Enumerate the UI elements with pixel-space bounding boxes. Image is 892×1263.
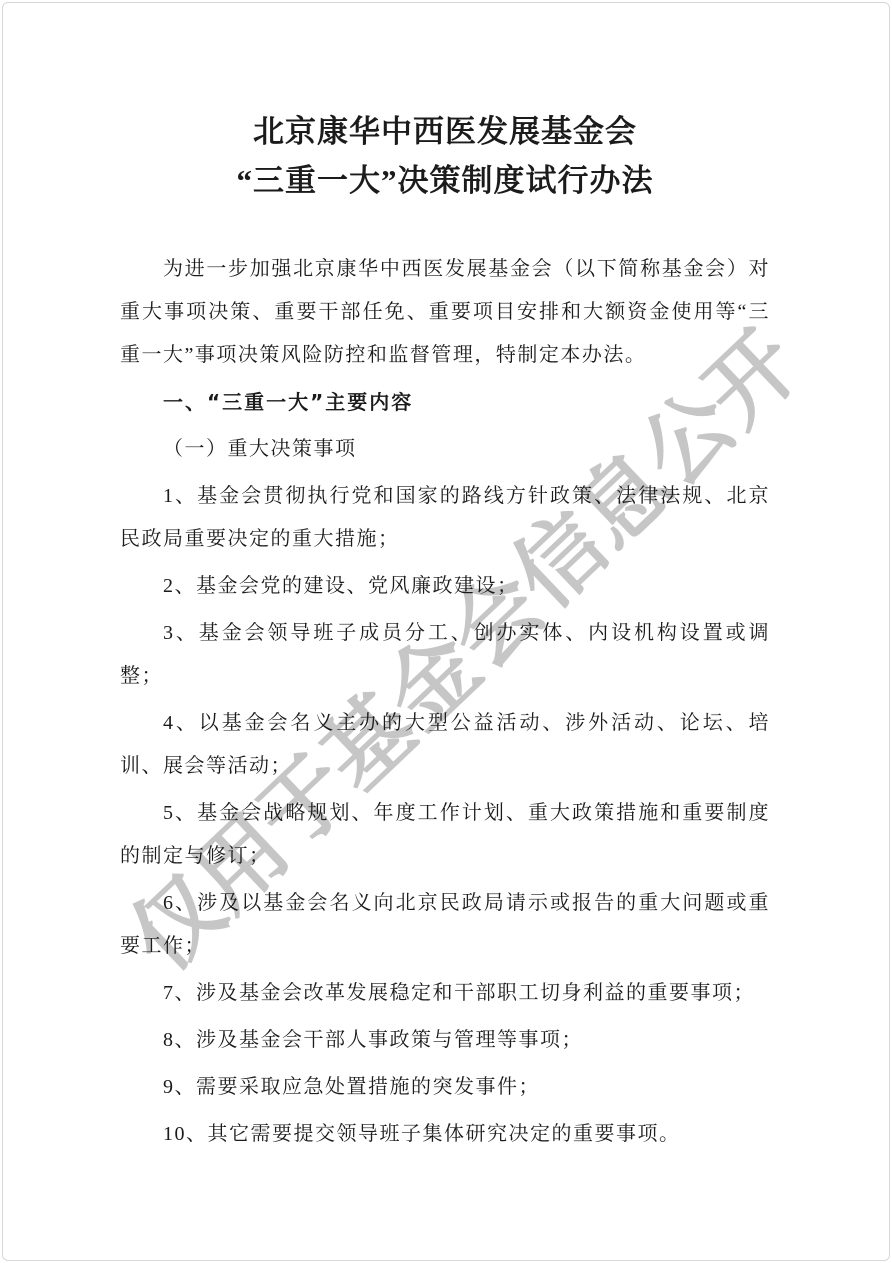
document-page: 仅用于基金会信息公开 北京康华中西医发展基金会 “三重一大”决策制度试行办法 为… <box>2 2 890 1261</box>
list-item-5: 5、基金会战略规划、年度工作计划、重大政策措施和重要制度的制定与修订； <box>120 792 770 878</box>
document-title-line-1: 北京康华中西医发展基金会 <box>253 114 637 149</box>
list-item-10: 10、其它需要提交领导班子集体研究决定的重要事项。 <box>120 1113 770 1156</box>
document-title-line-2: “三重一大”决策制度试行办法 <box>237 163 654 198</box>
list-item-1: 1、基金会贯彻执行党和国家的路线方针政策、法律法规、北京民政局重要决定的重大措施… <box>120 475 770 561</box>
list-item-6: 6、涉及以基金会名义向北京民政局请示或报告的重大问题或重要工作； <box>120 882 770 968</box>
list-item-3: 3、基金会领导班子成员分工、创办实体、内设机构设置或调整； <box>120 612 770 698</box>
document-title: 北京康华中西医发展基金会 “三重一大”决策制度试行办法 <box>120 107 770 205</box>
list-item-8: 8、涉及基金会干部人事政策与管理等事项； <box>120 1019 770 1062</box>
list-item-7: 7、涉及基金会改革发展稳定和干部职工切身利益的重要事项； <box>120 972 770 1015</box>
document-content: 北京康华中西医发展基金会 “三重一大”决策制度试行办法 为进一步加强北京康华中西… <box>120 107 770 1156</box>
list-item-2: 2、基金会党的建设、党风廉政建设； <box>120 565 770 608</box>
subsection-heading: （一）重大决策事项 <box>120 428 770 471</box>
intro-paragraph: 为进一步加强北京康华中西医发展基金会（以下简称基金会）对重大事项决策、重要干部任… <box>120 248 770 377</box>
list-item-9: 9、需要采取应急处置措施的突发事件； <box>120 1066 770 1109</box>
section-heading: 一、“三重一大”主要内容 <box>120 381 770 424</box>
document-viewport: 仅用于基金会信息公开 北京康华中西医发展基金会 “三重一大”决策制度试行办法 为… <box>0 0 892 1263</box>
list-item-4: 4、以基金会名义主办的大型公益活动、涉外活动、论坛、培训、展会等活动； <box>120 702 770 788</box>
